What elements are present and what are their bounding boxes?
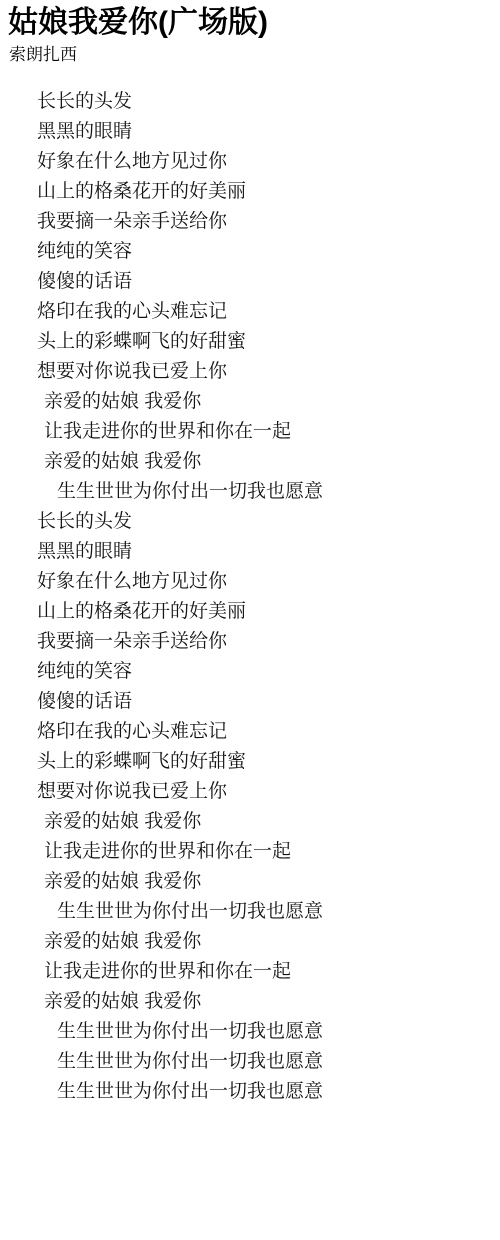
lyric-line: 傻傻的话语 xyxy=(0,267,500,297)
lyric-line: 让我走进你的世界和你在一起 xyxy=(0,837,500,867)
lyric-line: 让我走进你的世界和你在一起 xyxy=(0,957,500,987)
lyric-line: 生生世世为你付出一切我也愿意 xyxy=(0,1077,500,1107)
lyric-line: 山上的格桑花开的好美丽 xyxy=(0,177,500,207)
lyric-line: 亲爱的姑娘 我爱你 xyxy=(0,987,500,1017)
lyric-line: 烙印在我的心头难忘记 xyxy=(0,297,500,327)
lyrics-page: 姑娘我爱你(广场版) 索朗扎西 长长的头发黑黑的眼睛好象在什么地方见过你山上的格… xyxy=(0,0,500,1240)
lyric-line: 纯纯的笑容 xyxy=(0,237,500,267)
lyric-line: 好象在什么地方见过你 xyxy=(0,147,500,177)
lyric-line: 让我走进你的世界和你在一起 xyxy=(0,417,500,447)
artist-name: 索朗扎西 xyxy=(0,41,500,65)
lyric-line: 烙印在我的心头难忘记 xyxy=(0,717,500,747)
lyric-line: 生生世世为你付出一切我也愿意 xyxy=(0,477,500,507)
lyric-line: 亲爱的姑娘 我爱你 xyxy=(0,927,500,957)
lyric-line: 山上的格桑花开的好美丽 xyxy=(0,597,500,627)
lyric-line: 黑黑的眼睛 xyxy=(0,117,500,147)
lyric-line: 亲爱的姑娘 我爱你 xyxy=(0,447,500,477)
lyric-line: 黑黑的眼睛 xyxy=(0,537,500,567)
song-title: 姑娘我爱你(广场版) xyxy=(0,0,500,41)
lyric-line: 生生世世为你付出一切我也愿意 xyxy=(0,1017,500,1047)
lyric-line: 亲爱的姑娘 我爱你 xyxy=(0,387,500,417)
lyric-line: 我要摘一朵亲手送给你 xyxy=(0,627,500,657)
lyric-line: 亲爱的姑娘 我爱你 xyxy=(0,867,500,897)
lyric-line: 长长的头发 xyxy=(0,87,500,117)
lyric-line: 生生世世为你付出一切我也愿意 xyxy=(0,897,500,927)
lyric-line: 生生世世为你付出一切我也愿意 xyxy=(0,1047,500,1077)
lyric-line: 长长的头发 xyxy=(0,507,500,537)
lyric-line: 傻傻的话语 xyxy=(0,687,500,717)
lyrics-body: 长长的头发黑黑的眼睛好象在什么地方见过你山上的格桑花开的好美丽我要摘一朵亲手送给… xyxy=(0,87,500,1107)
lyric-line: 好象在什么地方见过你 xyxy=(0,567,500,597)
lyric-line: 想要对你说我已爱上你 xyxy=(0,777,500,807)
lyric-line: 亲爱的姑娘 我爱你 xyxy=(0,807,500,837)
lyric-line: 头上的彩蝶啊飞的好甜蜜 xyxy=(0,327,500,357)
lyric-line: 想要对你说我已爱上你 xyxy=(0,357,500,387)
lyric-line: 头上的彩蝶啊飞的好甜蜜 xyxy=(0,747,500,777)
lyric-line: 我要摘一朵亲手送给你 xyxy=(0,207,500,237)
lyric-line: 纯纯的笑容 xyxy=(0,657,500,687)
